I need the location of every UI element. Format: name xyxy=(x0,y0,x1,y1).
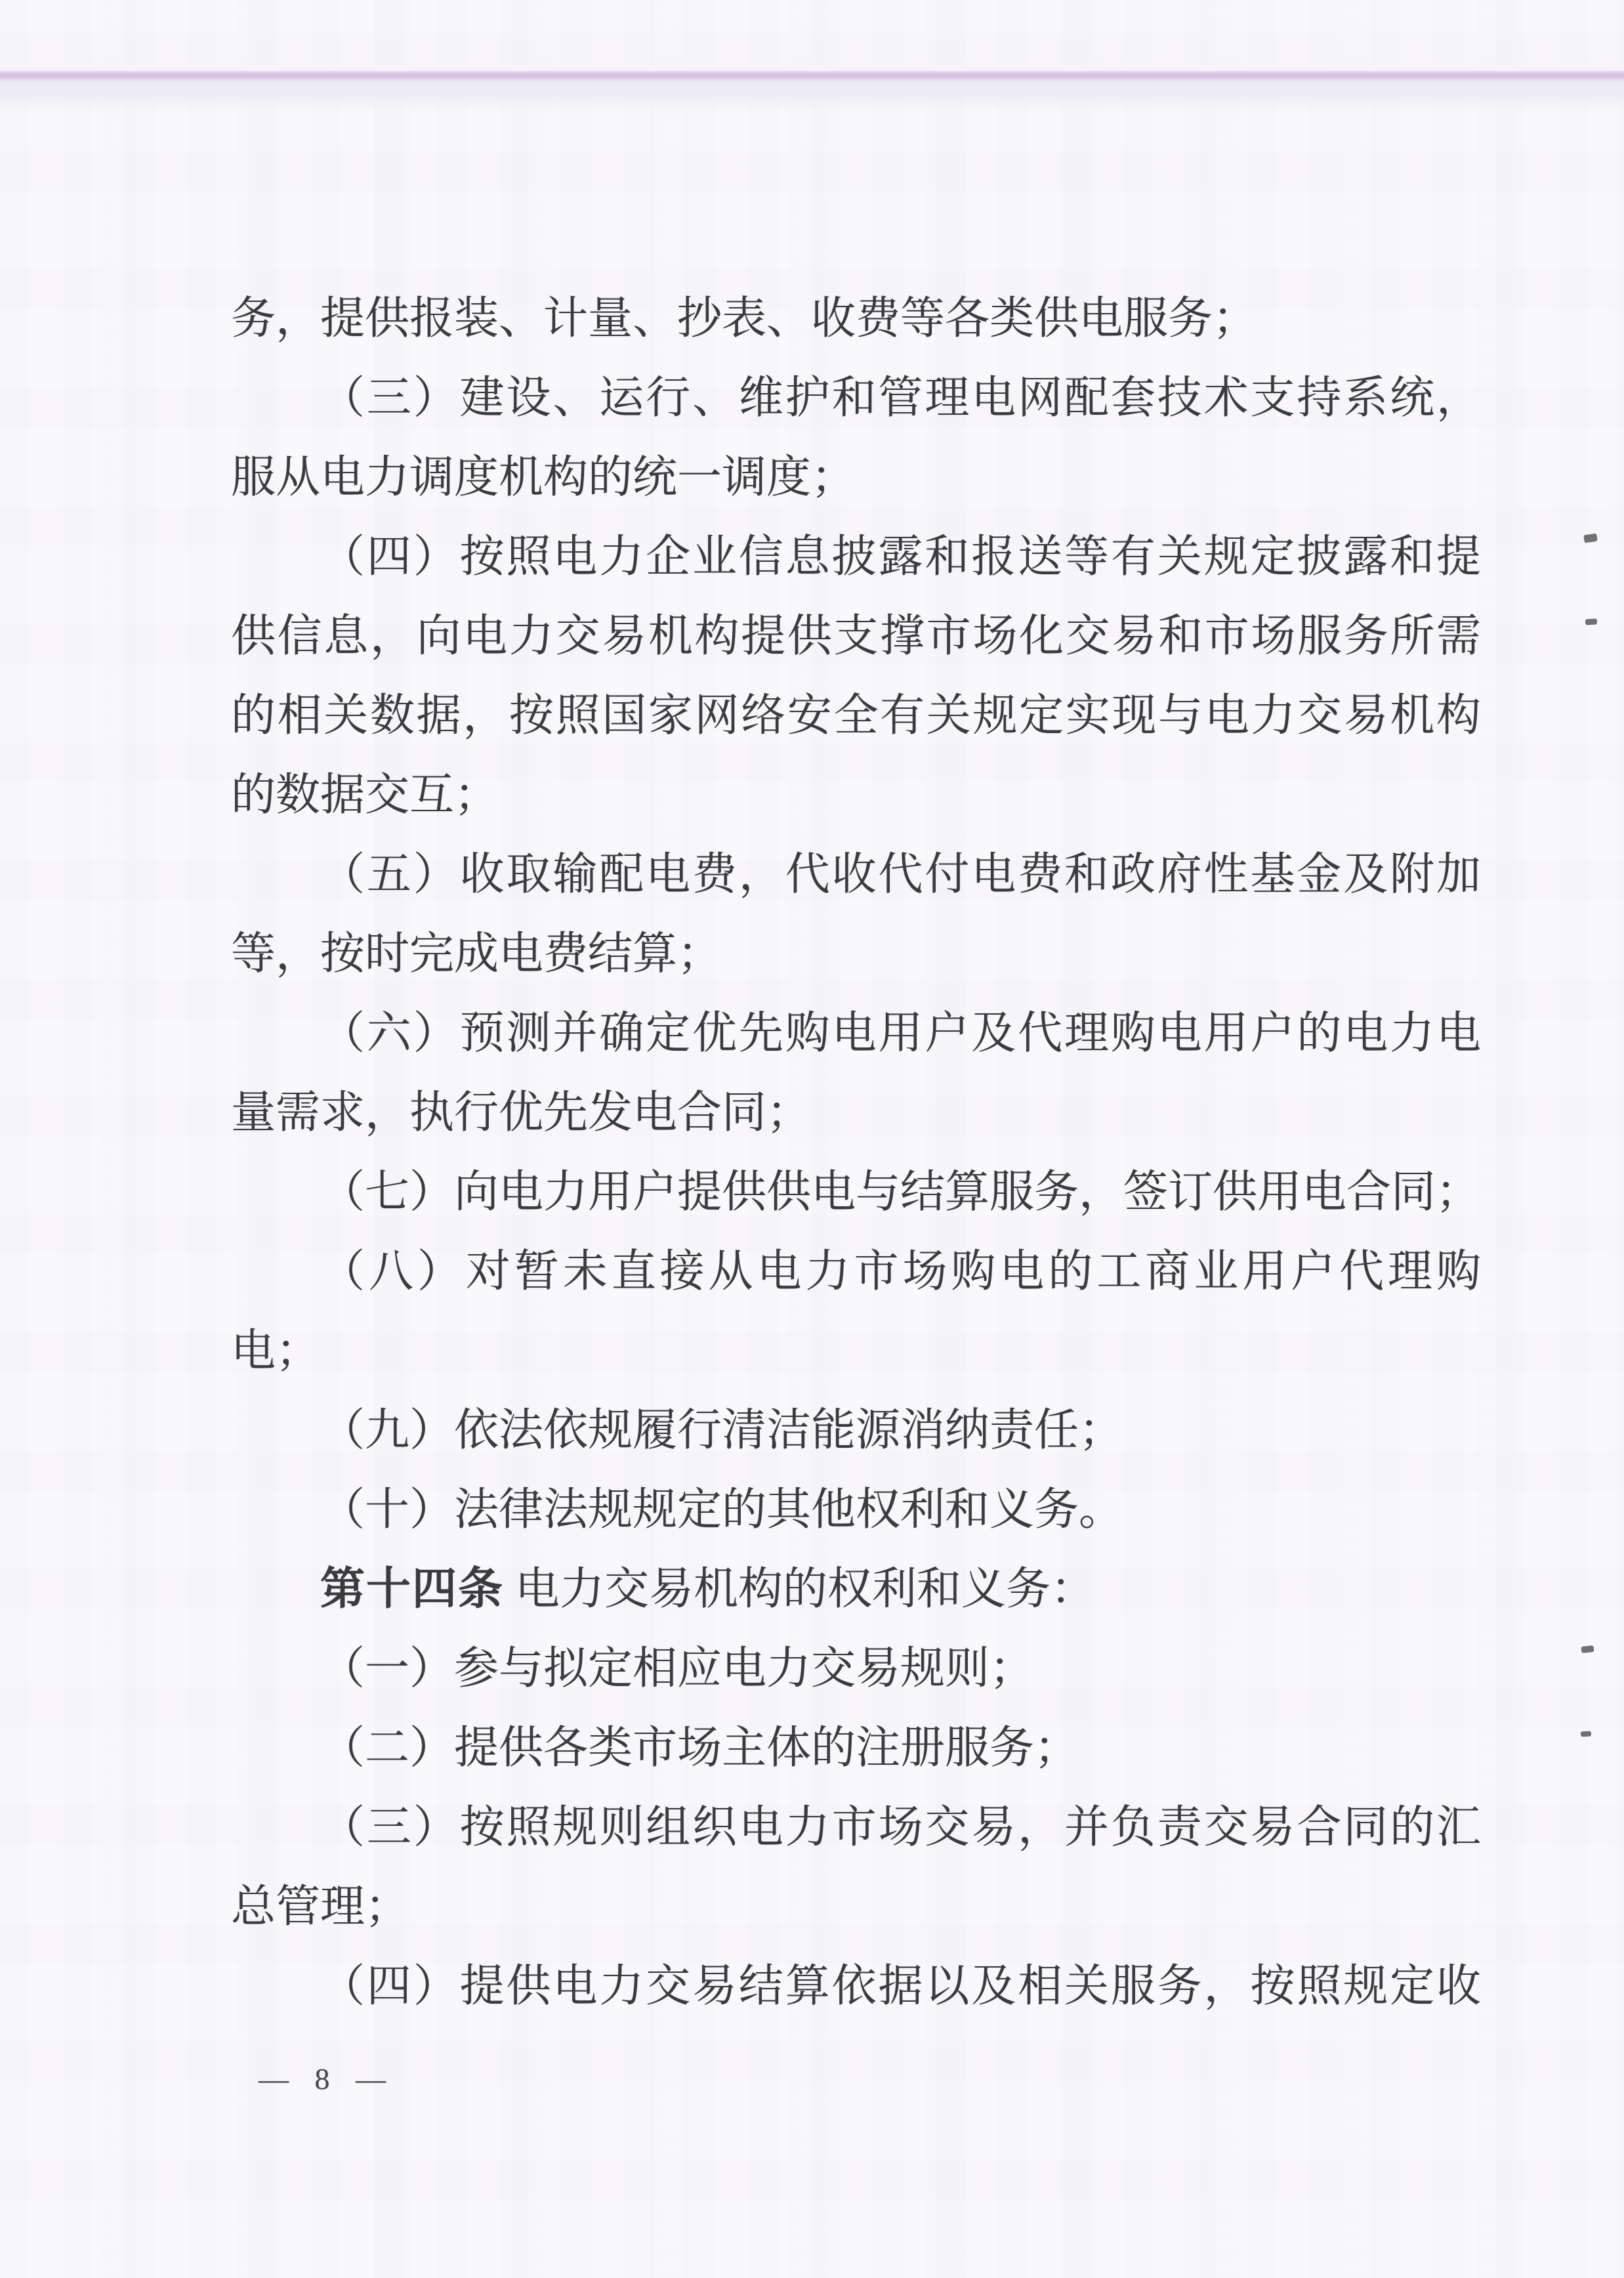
text-segment: 电力交易机构的权利和义务： xyxy=(504,1564,1095,1614)
article-heading: 第十四条 xyxy=(320,1564,504,1614)
scan-speck xyxy=(1585,618,1598,625)
text-line: 的相关数据，按照国家网络安全有关规定实现与电力交易机构 xyxy=(231,676,1481,755)
text-line: （二）提供各类市场主体的注册服务； xyxy=(231,1708,1481,1788)
text-line: 供信息，向电力交易机构提供支撑市场化交易和市场服务所需 xyxy=(231,597,1481,676)
text-line: （三）按照规则组织电力市场交易，并负责交易合同的汇 xyxy=(231,1788,1481,1867)
text-line: （三）建设、运行、维护和管理电网配套技术支持系统， xyxy=(231,358,1481,438)
scan-speck xyxy=(1581,1645,1594,1653)
text-line: 量需求，执行优先发电合同； xyxy=(231,1073,1481,1152)
text-line: （九）依法依规履行清洁能源消纳责任； xyxy=(231,1391,1481,1470)
text-line: （五）收取输配电费，代收代付电费和政府性基金及附加 xyxy=(231,835,1481,914)
text-line: 服从电力调度机构的统一调度； xyxy=(231,438,1481,517)
text-line: （八）对暂未直接从电力市场购电的工商业用户代理购 xyxy=(231,1232,1481,1311)
text-line: （十）法律法规规定的其他权利和义务。 xyxy=(231,1470,1481,1550)
document-body: 务，提供报装、计量、抄表、收费等各类供电服务；（三）建设、运行、维护和管理电网配… xyxy=(231,279,1481,2026)
text-line: 务，提供报装、计量、抄表、收费等各类供电服务； xyxy=(231,279,1481,358)
text-line: （六）预测并确定优先购电用户及代理购电用户的电力电 xyxy=(231,994,1481,1073)
text-line: 等，按时完成电费结算； xyxy=(231,914,1481,994)
text-line: 第十四条 电力交易机构的权利和义务： xyxy=(231,1550,1481,1629)
text-line: 总管理； xyxy=(231,1867,1481,1947)
text-line: （四）提供电力交易结算依据以及相关服务，按照规定收 xyxy=(231,1947,1481,2026)
text-line: （四）按照电力企业信息披露和报送等有关规定披露和提 xyxy=(231,517,1481,597)
page-number: — 8 — xyxy=(259,2061,390,2098)
scan-speck xyxy=(1583,534,1597,543)
text-line: （一）参与拟定相应电力交易规则； xyxy=(231,1629,1481,1708)
text-line: 的数据交互； xyxy=(231,755,1481,835)
text-line: 电； xyxy=(231,1311,1481,1391)
scan-speck xyxy=(1581,1731,1591,1737)
text-line: （七）向电力用户提供供电与结算服务，签订供用电合同； xyxy=(231,1152,1481,1232)
header-band xyxy=(0,58,1624,112)
